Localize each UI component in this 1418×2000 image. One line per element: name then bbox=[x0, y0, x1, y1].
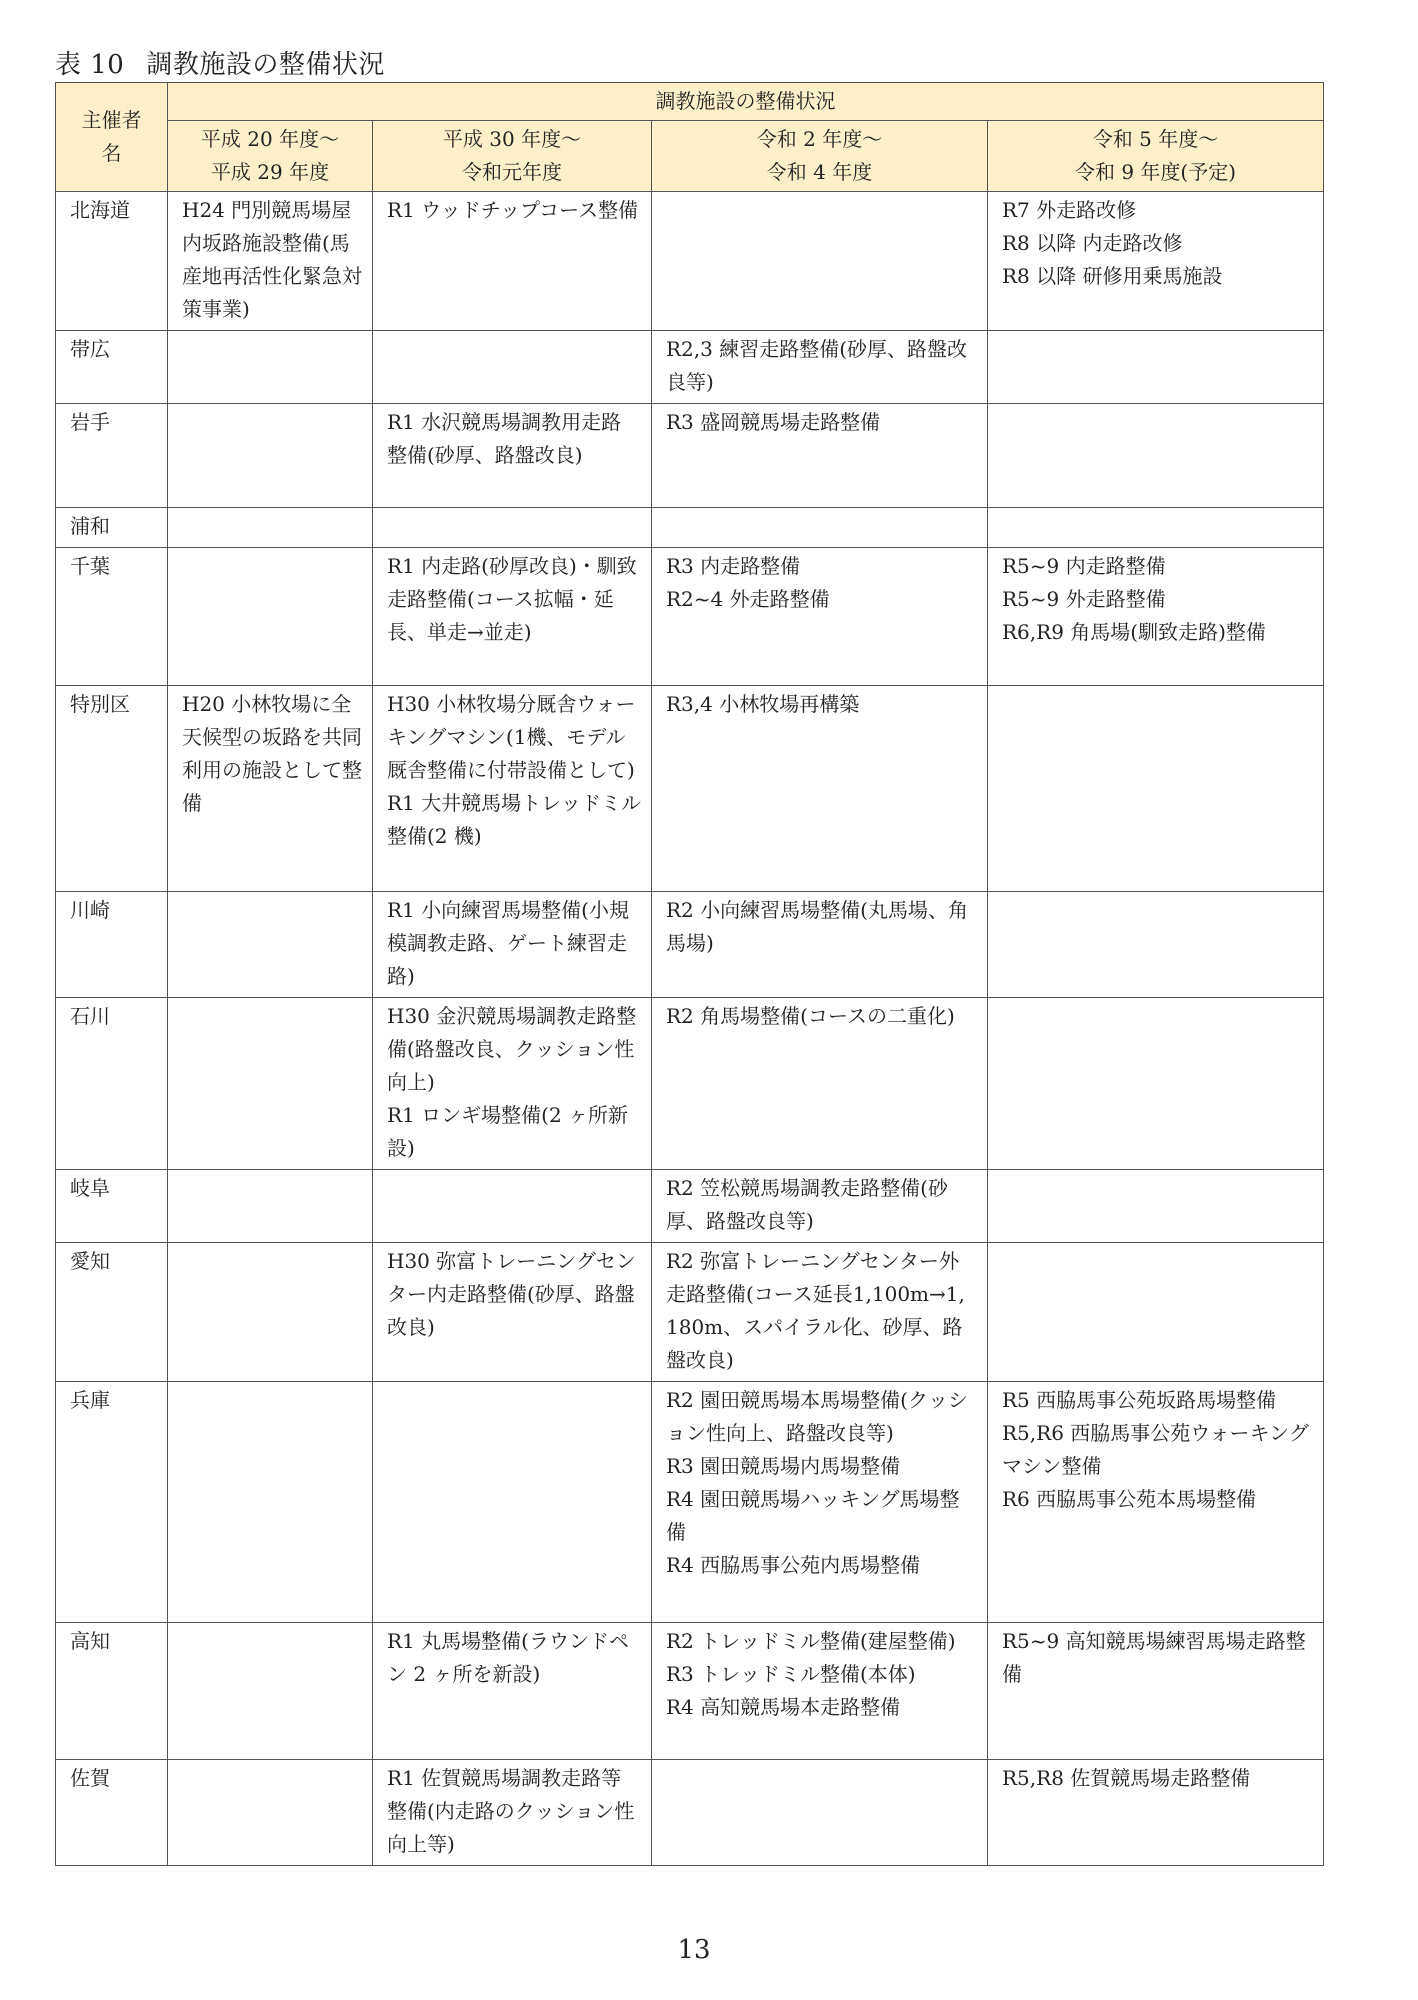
organizer-cell: 千葉 bbox=[56, 548, 168, 686]
status-cell: R2 小向練習馬場整備(丸馬場、角馬場) bbox=[652, 892, 988, 998]
organizer-cell: 兵庫 bbox=[56, 1382, 168, 1623]
status-cell bbox=[168, 1760, 373, 1866]
status-cell: R2 トレッドミル整備(建屋整備)R3 トレッドミル整備(本体)R4 高知競馬場… bbox=[652, 1623, 988, 1760]
status-cell: R2 笠松競馬場調教走路整備(砂厚、路盤改良等) bbox=[652, 1170, 988, 1243]
organizer-cell: 特別区 bbox=[56, 686, 168, 892]
status-cell bbox=[652, 508, 988, 548]
status-cell: R5~9 高知競馬場練習馬場走路整備 bbox=[988, 1623, 1324, 1760]
table-title: 調教施設の整備状況 bbox=[146, 50, 385, 80]
header-organizer: 主催者 名 bbox=[56, 83, 168, 192]
status-entry: R5~9 高知競馬場練習馬場走路整備 bbox=[1002, 1625, 1313, 1691]
status-entry: R3 園田競馬場内馬場整備 bbox=[666, 1450, 977, 1483]
status-entry: R2 園田競馬場本馬場整備(クッション性向上、路盤改良等) bbox=[666, 1384, 977, 1450]
status-entry: R5~9 外走路整備 bbox=[1002, 583, 1313, 616]
status-cell bbox=[652, 1760, 988, 1866]
status-entry: R1 佐賀競馬場調教走路等整備(内走路のクッション性向上等) bbox=[387, 1762, 641, 1861]
table-row: 岐阜R2 笠松競馬場調教走路整備(砂厚、路盤改良等) bbox=[56, 1170, 1324, 1243]
status-cell bbox=[168, 1382, 373, 1623]
status-entry: R4 西脇馬事公苑内馬場整備 bbox=[666, 1549, 977, 1582]
status-entry: R8 以降 内走路改修 bbox=[1002, 227, 1313, 260]
table-row: 浦和 bbox=[56, 508, 1324, 548]
table-row: 帯広R2,3 練習走路整備(砂厚、路盤改良等) bbox=[56, 331, 1324, 404]
status-cell bbox=[168, 1243, 373, 1382]
status-entry: R1 丸馬場整備(ラウンドペン 2 ヶ所を新設) bbox=[387, 1625, 641, 1691]
status-cell: H30 金沢競馬場調教走路整備(路盤改良、クッション性向上)R1 ロンギ場整備(… bbox=[373, 998, 652, 1170]
status-entry: R2 トレッドミル整備(建屋整備) bbox=[666, 1625, 977, 1658]
table-row: 石川H30 金沢競馬場調教走路整備(路盤改良、クッション性向上)R1 ロンギ場整… bbox=[56, 998, 1324, 1170]
status-entry: R6 西脇馬事公苑本馬場整備 bbox=[1002, 1483, 1313, 1516]
organizer-cell: 愛知 bbox=[56, 1243, 168, 1382]
table-row: 愛知H30 弥富トレーニングセンター内走路整備(砂厚、路盤改良)R2 弥富トレー… bbox=[56, 1243, 1324, 1382]
table-row: 川崎R1 小向練習馬場整備(小規模調教走路、ゲート練習走路)R2 小向練習馬場整… bbox=[56, 892, 1324, 998]
header-period-h20-h29: 平成 20 年度～ 平成 29 年度 bbox=[168, 121, 373, 192]
status-entry: R5,R6 西脇馬事公苑ウォーキングマシン整備 bbox=[1002, 1417, 1313, 1483]
header-period-r5-r9: 令和 5 年度～ 令和 9 年度(予定) bbox=[988, 121, 1324, 192]
status-cell: R2 弥富トレーニングセンター外走路整備(コース延長1,100m→1,180m、… bbox=[652, 1243, 988, 1382]
table-row: 北海道H24 門別競馬場屋内坂路施設整備(馬産地再活性化緊急対策事業)R1 ウッ… bbox=[56, 192, 1324, 331]
status-entry: R3 盛岡競馬場走路整備 bbox=[666, 406, 977, 439]
status-entry: R1 ロンギ場整備(2 ヶ所新設) bbox=[387, 1099, 641, 1165]
table-row: 佐賀R1 佐賀競馬場調教走路等整備(内走路のクッション性向上等)R5,R8 佐賀… bbox=[56, 1760, 1324, 1866]
table-row: 特別区H20 小林牧場に全天候型の坂路を共同利用の施設として整備H30 小林牧場… bbox=[56, 686, 1324, 892]
status-cell: R3,4 小林牧場再構築 bbox=[652, 686, 988, 892]
status-entry: R4 園田競馬場ハッキング馬場整備 bbox=[666, 1483, 977, 1549]
status-cell: H30 小林牧場分厩舎ウォーキングマシン(1機、モデル厩舎整備に付帯設備として)… bbox=[373, 686, 652, 892]
organizer-cell: 石川 bbox=[56, 998, 168, 1170]
status-cell bbox=[373, 1170, 652, 1243]
status-entry: R1 水沢競馬場調教用走路整備(砂厚、路盤改良) bbox=[387, 406, 641, 472]
status-entry: R2 角馬場整備(コースの二重化) bbox=[666, 1000, 977, 1033]
status-cell bbox=[168, 331, 373, 404]
page-number: 13 bbox=[0, 1935, 1388, 1965]
status-entry: R3 内走路整備 bbox=[666, 550, 977, 583]
status-entry: R1 ウッドチップコース整備 bbox=[387, 194, 641, 227]
status-cell: H24 門別競馬場屋内坂路施設整備(馬産地再活性化緊急対策事業) bbox=[168, 192, 373, 331]
status-cell: R1 水沢競馬場調教用走路整備(砂厚、路盤改良) bbox=[373, 404, 652, 508]
status-cell: R5,R8 佐賀競馬場走路整備 bbox=[988, 1760, 1324, 1866]
organizer-cell: 岩手 bbox=[56, 404, 168, 508]
status-cell bbox=[988, 686, 1324, 892]
status-cell: R7 外走路改修R8 以降 内走路改修R8 以降 研修用乗馬施設 bbox=[988, 192, 1324, 331]
status-cell bbox=[988, 1170, 1324, 1243]
organizer-cell: 岐阜 bbox=[56, 1170, 168, 1243]
status-cell bbox=[652, 192, 988, 331]
status-cell: R5~9 内走路整備R5~9 外走路整備R6,R9 角馬場(馴致走路)整備 bbox=[988, 548, 1324, 686]
header-period-h30-r1: 平成 30 年度～ 令和元年度 bbox=[373, 121, 652, 192]
status-cell bbox=[988, 404, 1324, 508]
table-row: 兵庫R2 園田競馬場本馬場整備(クッション性向上、路盤改良等)R3 園田競馬場内… bbox=[56, 1382, 1324, 1623]
status-entry: R2 小向練習馬場整備(丸馬場、角馬場) bbox=[666, 894, 977, 960]
status-entry: H24 門別競馬場屋内坂路施設整備(馬産地再活性化緊急対策事業) bbox=[182, 194, 362, 326]
status-cell bbox=[988, 892, 1324, 998]
status-entry: H30 弥富トレーニングセンター内走路整備(砂厚、路盤改良) bbox=[387, 1245, 641, 1344]
status-cell: R1 小向練習馬場整備(小規模調教走路、ゲート練習走路) bbox=[373, 892, 652, 998]
status-cell bbox=[168, 404, 373, 508]
status-cell: R1 丸馬場整備(ラウンドペン 2 ヶ所を新設) bbox=[373, 1623, 652, 1760]
status-cell: R5 西脇馬事公苑坂路馬場整備R5,R6 西脇馬事公苑ウォーキングマシン整備R6… bbox=[988, 1382, 1324, 1623]
organizer-cell: 北海道 bbox=[56, 192, 168, 331]
status-entry: R1 小向練習馬場整備(小規模調教走路、ゲート練習走路) bbox=[387, 894, 641, 993]
status-entry: R1 大井競馬場トレッドミル整備(2 機) bbox=[387, 787, 641, 853]
status-cell: R3 盛岡競馬場走路整備 bbox=[652, 404, 988, 508]
status-cell bbox=[988, 331, 1324, 404]
status-cell bbox=[168, 548, 373, 686]
status-cell bbox=[168, 1623, 373, 1760]
status-entry: R6,R9 角馬場(馴致走路)整備 bbox=[1002, 616, 1313, 649]
status-entry: R7 外走路改修 bbox=[1002, 194, 1313, 227]
status-entry: R2 弥富トレーニングセンター外走路整備(コース延長1,100m→1,180m、… bbox=[666, 1245, 977, 1377]
status-cell bbox=[988, 998, 1324, 1170]
header-group: 調教施設の整備状況 bbox=[168, 83, 1324, 121]
facility-status-table: 主催者 名 調教施設の整備状況 平成 20 年度～ 平成 29 年度 平成 30… bbox=[55, 82, 1324, 1866]
status-cell bbox=[373, 508, 652, 548]
status-cell bbox=[373, 331, 652, 404]
table-row: 高知R1 丸馬場整備(ラウンドペン 2 ヶ所を新設)R2 トレッドミル整備(建屋… bbox=[56, 1623, 1324, 1760]
status-cell bbox=[988, 508, 1324, 548]
status-entry: R5,R8 佐賀競馬場走路整備 bbox=[1002, 1762, 1313, 1795]
status-entry: H30 小林牧場分厩舎ウォーキングマシン(1機、モデル厩舎整備に付帯設備として) bbox=[387, 688, 641, 787]
status-cell: H20 小林牧場に全天候型の坂路を共同利用の施設として整備 bbox=[168, 686, 373, 892]
status-entry: H20 小林牧場に全天候型の坂路を共同利用の施設として整備 bbox=[182, 688, 362, 820]
status-cell bbox=[988, 1243, 1324, 1382]
status-entry: R8 以降 研修用乗馬施設 bbox=[1002, 260, 1313, 293]
status-entry: R3 トレッドミル整備(本体) bbox=[666, 1658, 977, 1691]
status-cell: R2,3 練習走路整備(砂厚、路盤改良等) bbox=[652, 331, 988, 404]
table-body: 北海道H24 門別競馬場屋内坂路施設整備(馬産地再活性化緊急対策事業)R1 ウッ… bbox=[56, 192, 1324, 1866]
status-entry: H30 金沢競馬場調教走路整備(路盤改良、クッション性向上) bbox=[387, 1000, 641, 1099]
status-entry: R5~9 内走路整備 bbox=[1002, 550, 1313, 583]
status-entry: R1 内走路(砂厚改良)・馴致走路整備(コース拡幅・延長、単走→並走) bbox=[387, 550, 641, 649]
organizer-cell: 高知 bbox=[56, 1623, 168, 1760]
status-cell: R1 ウッドチップコース整備 bbox=[373, 192, 652, 331]
status-entry: R2~4 外走路整備 bbox=[666, 583, 977, 616]
organizer-cell: 川崎 bbox=[56, 892, 168, 998]
status-entry: R4 高知競馬場本走路整備 bbox=[666, 1691, 977, 1724]
status-cell: R1 内走路(砂厚改良)・馴致走路整備(コース拡幅・延長、単走→並走) bbox=[373, 548, 652, 686]
status-cell: H30 弥富トレーニングセンター内走路整備(砂厚、路盤改良) bbox=[373, 1243, 652, 1382]
table-row: 岩手R1 水沢競馬場調教用走路整備(砂厚、路盤改良)R3 盛岡競馬場走路整備 bbox=[56, 404, 1324, 508]
organizer-cell: 佐賀 bbox=[56, 1760, 168, 1866]
status-entry: R5 西脇馬事公苑坂路馬場整備 bbox=[1002, 1384, 1313, 1417]
status-cell: R1 佐賀競馬場調教走路等整備(内走路のクッション性向上等) bbox=[373, 1760, 652, 1866]
organizer-cell: 帯広 bbox=[56, 331, 168, 404]
status-cell: R3 内走路整備R2~4 外走路整備 bbox=[652, 548, 988, 686]
status-cell bbox=[168, 1170, 373, 1243]
status-entry: R2 笠松競馬場調教走路整備(砂厚、路盤改良等) bbox=[666, 1172, 977, 1238]
table-row: 千葉R1 内走路(砂厚改良)・馴致走路整備(コース拡幅・延長、単走→並走)R3 … bbox=[56, 548, 1324, 686]
status-cell bbox=[168, 892, 373, 998]
header-period-r2-r4: 令和 2 年度～ 令和 4 年度 bbox=[652, 121, 988, 192]
status-cell bbox=[168, 998, 373, 1170]
status-cell bbox=[168, 508, 373, 548]
table-number: 表 10 bbox=[55, 50, 124, 80]
status-cell: R2 園田競馬場本馬場整備(クッション性向上、路盤改良等)R3 園田競馬場内馬場… bbox=[652, 1382, 988, 1623]
table-caption: 表 10調教施設の整備状況 bbox=[55, 44, 385, 81]
status-entry: R3,4 小林牧場再構築 bbox=[666, 688, 977, 721]
status-entry: R2,3 練習走路整備(砂厚、路盤改良等) bbox=[666, 333, 977, 399]
status-cell bbox=[373, 1382, 652, 1623]
organizer-cell: 浦和 bbox=[56, 508, 168, 548]
status-cell: R2 角馬場整備(コースの二重化) bbox=[652, 998, 988, 1170]
